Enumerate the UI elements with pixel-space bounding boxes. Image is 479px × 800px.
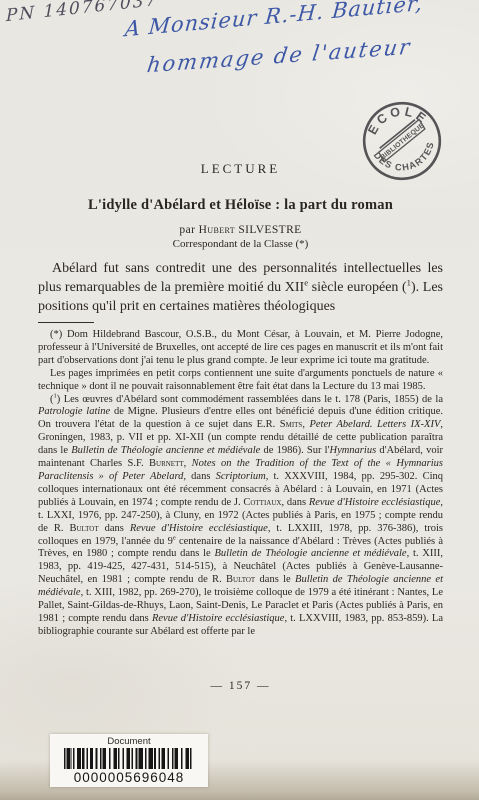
footnote-separator-rule <box>38 322 94 323</box>
body-paragraph: Abélard fut sans contredit une des perso… <box>38 259 443 316</box>
footnote-1: (1) Les œuvres d'Abélard sont commodémen… <box>38 394 443 639</box>
byline: par Hubert SILVESTRE <box>38 224 443 236</box>
handwritten-dedication-line1: A Monsieur R.-H. Bautier, <box>124 0 424 41</box>
author-affiliation: Correspondant de la Classe (*) <box>38 238 443 250</box>
barcode-title: Document <box>50 734 208 747</box>
page-number: — 157 — <box>38 680 443 692</box>
barcode-number: 0000005696048 <box>50 769 208 786</box>
footnotes-block: (*) Dom Hildebrand Bascour, O.S.B., du M… <box>38 329 443 639</box>
section-label: LECTURE <box>38 161 443 177</box>
footnote-star: (*) Dom Hildebrand Bascour, O.S.B., du M… <box>38 329 443 368</box>
barcode-sticker: Document 0000005696048 <box>50 734 208 787</box>
handwritten-dedication-line2: hommage de l'auteur <box>146 35 413 78</box>
article-title: L'idylle d'Abélard et Héloïse : la part … <box>38 197 443 214</box>
barcode-bars-icon <box>64 748 194 769</box>
footnote-star-continued: Les pages imprimées en petit corps conti… <box>38 368 443 394</box>
scanned-document-page: PN 140767037 A Monsieur R.-H. Bautier, h… <box>0 0 479 800</box>
